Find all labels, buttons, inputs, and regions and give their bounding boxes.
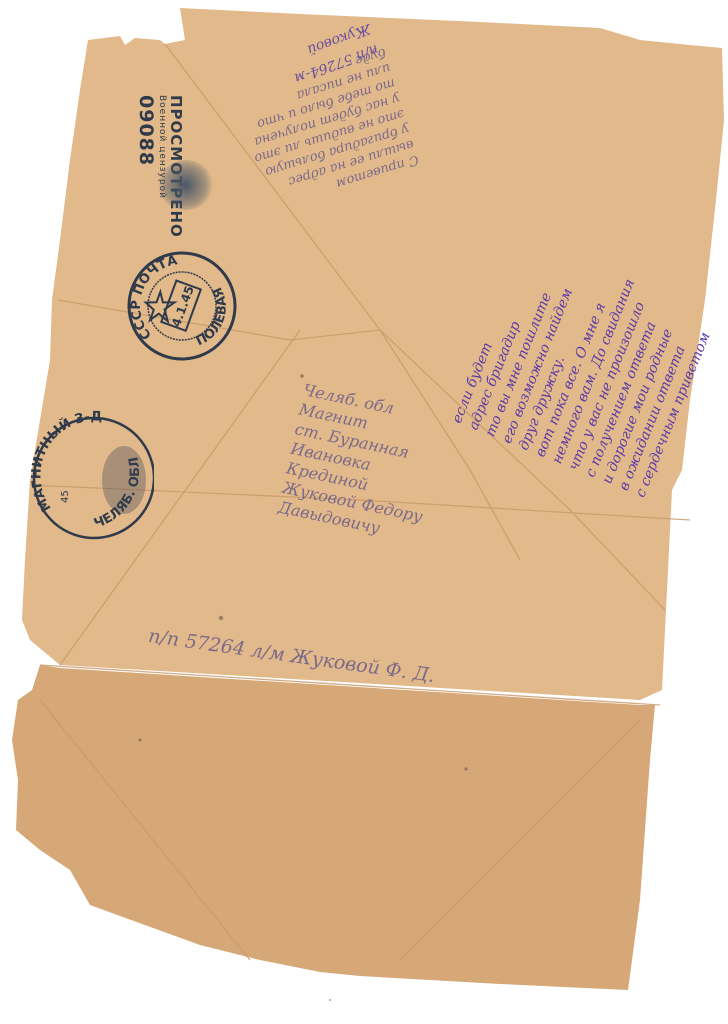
postmark-icon: МАГНИТНЫЙ З-Д ЧЕЛЯБ. ОБЛ 45: [28, 408, 154, 548]
ink-smudge: [158, 160, 213, 210]
letter-scan: ПРОСМОТРЕНО Военной цензурой 09088 СССР …: [0, 0, 728, 1024]
lower-fold: [12, 665, 655, 990]
svg-text:45: 45: [60, 490, 71, 503]
postmark-magnitogorsk: МАГНИТНЫЙ З-Д ЧЕЛЯБ. ОБЛ 45: [28, 408, 154, 548]
censor-stamp-number: 09088: [135, 95, 157, 238]
postmark-field-post: СССР ПОЧТА ПОЛЕВАЯ 4.1.45: [126, 250, 238, 362]
svg-text:ПОЛЕВАЯ: ПОЛЕВАЯ: [190, 281, 238, 355]
recipient-address: Челяб. облМагнитст. БураннаяИвановкаКред…: [276, 382, 445, 549]
postmark-icon: СССР ПОЧТА ПОЛЕВАЯ 4.1.45: [126, 250, 238, 362]
